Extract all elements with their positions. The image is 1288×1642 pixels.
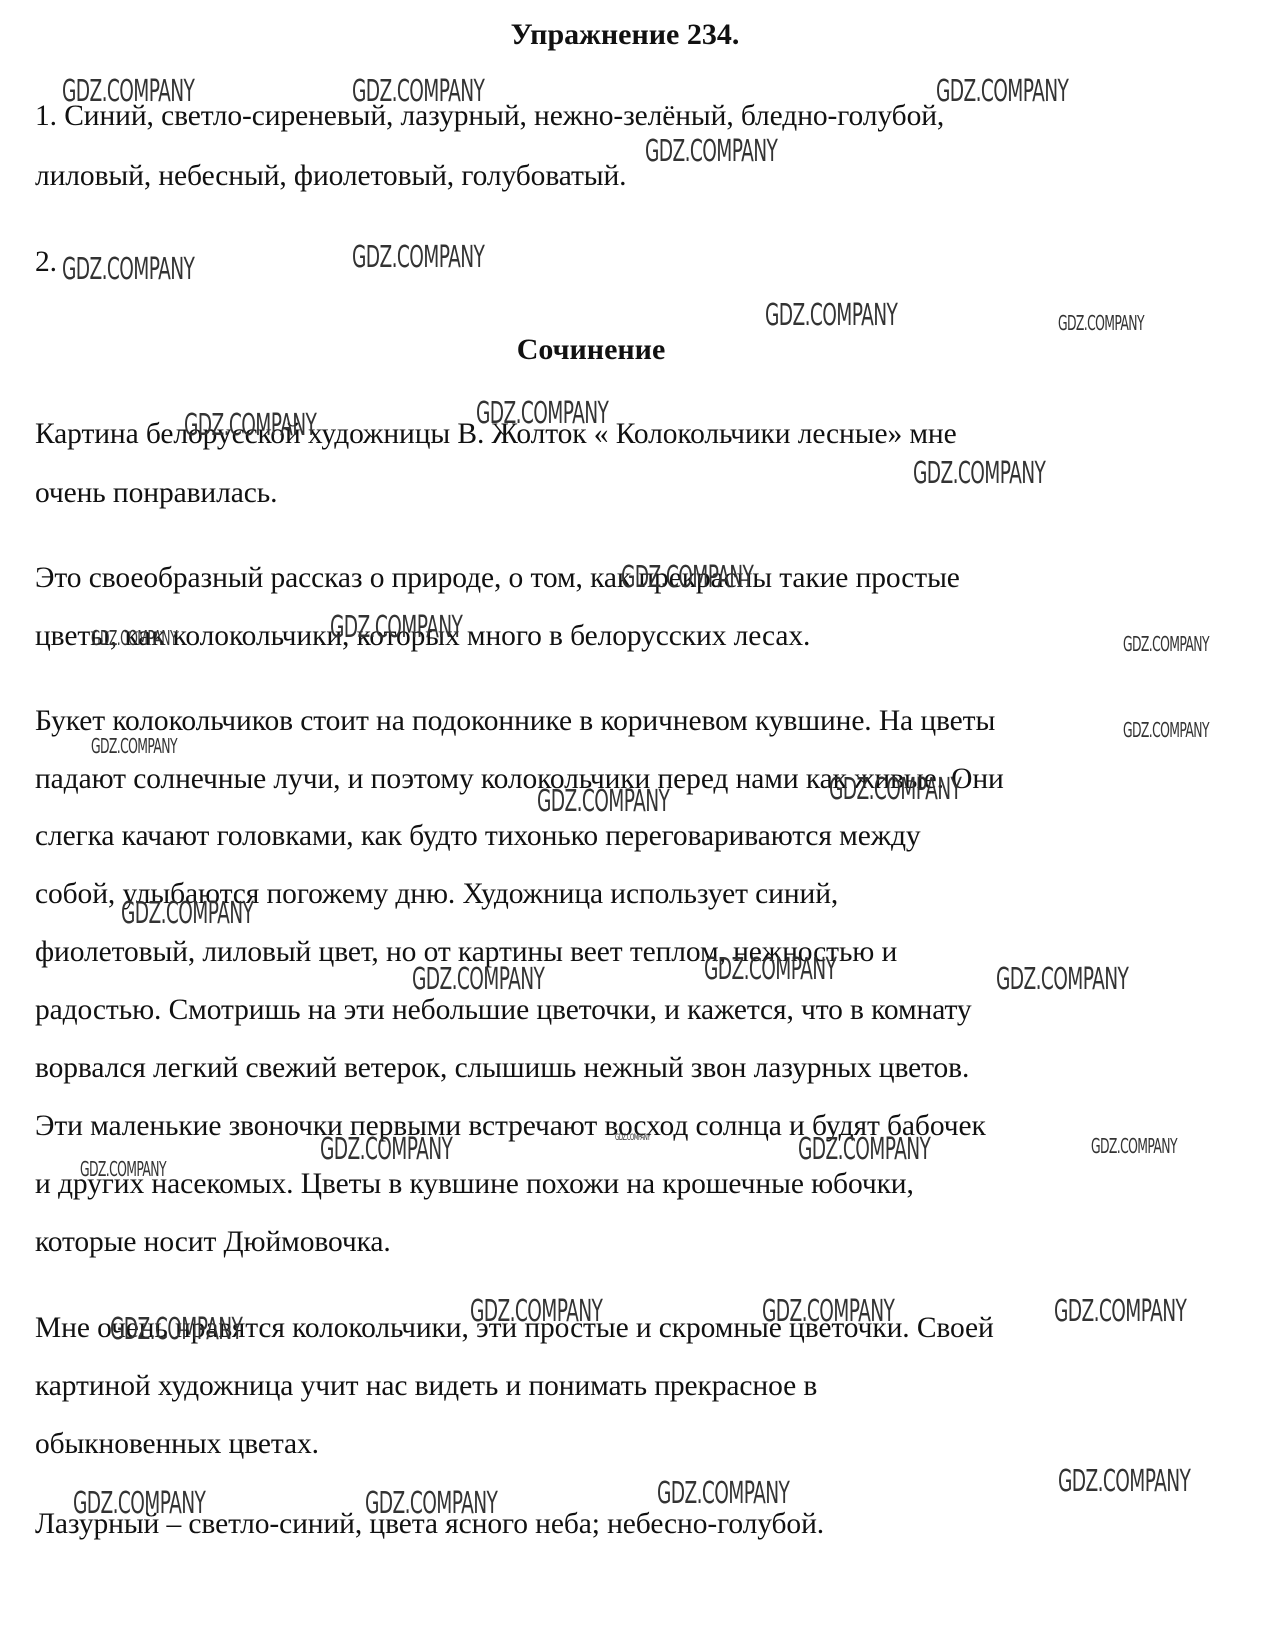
watermark: GDZ.COMPANY [704,952,836,987]
watermark: GDZ.COMPANY [537,784,669,819]
watermark: GDZ.COMPANY [1058,1464,1190,1499]
watermark: GDZ.COMPANY [765,298,897,333]
watermark: GDZ.COMPANY [110,1312,242,1347]
watermark: GDZ.COMPANY [365,1486,497,1521]
part2-label: 2. [35,246,57,279]
watermark: GDZ.COMPANY [73,1486,205,1521]
essay-line: и других насекомых. Цветы в кувшине похо… [35,1168,914,1201]
watermark: GDZ.COMPANY [330,610,462,645]
essay-line: Это своеобразный рассказ о природе, о то… [35,562,960,595]
watermark: GDZ.COMPANY [352,240,484,275]
watermark: GDZ.COMPANY [62,252,194,287]
essay-line: обыкновенных цветах. [35,1428,319,1461]
essay-line: очень понравилась. [35,477,277,510]
watermark: GDZ.COMPANY [829,772,961,807]
watermark: GDZ.COMPANY [91,734,177,758]
watermark: GDZ.COMPANY [762,1294,894,1329]
watermark: GDZ.COMPANY [657,1476,789,1511]
document-page: Упражнение 234. 1. Синий, светло-сиренев… [0,0,1288,1642]
watermark: GDZ.COMPANY [936,74,1068,109]
watermark: GDZ.COMPANY [412,962,544,997]
watermark: GDZ.COMPANY [798,1132,930,1167]
watermark: GDZ.COMPANY [996,962,1128,997]
watermark: GDZ.COMPANY [1123,632,1209,656]
watermark: GDZ.COMPANY [913,456,1045,491]
watermark: GDZ.COMPANY [470,1294,602,1329]
part1-line-2: лиловый, небесный, фиолетовый, голубоват… [35,160,626,193]
watermark: GDZ.COMPANY [1058,311,1144,335]
essay-title: Сочинение [0,333,1182,367]
watermark: GDZ.COMPANY [1091,1134,1177,1158]
watermark: GDZ.COMPANY [476,396,608,431]
watermark: GDZ.COMPANY [184,408,316,443]
essay-line: слегка качают головками, как будто тихон… [35,820,921,853]
essay-line: Букет колокольчиков стоит на подоконнике… [35,705,995,738]
essay-line: радостью. Смотришь на эти небольшие цвет… [35,994,972,1027]
essay-line: картиной художница учит нас видеть и пон… [35,1370,817,1403]
watermark: GDZ.COMPANY [615,1133,650,1143]
watermark: GDZ.COMPANY [1123,718,1209,742]
watermark: GDZ.COMPANY [352,74,484,109]
watermark: GDZ.COMPANY [320,1132,452,1167]
essay-line: которые носит Дюймовочка. [35,1226,391,1259]
exercise-title: Упражнение 234. [0,18,1250,52]
watermark: GDZ.COMPANY [1054,1294,1186,1329]
watermark: GDZ.COMPANY [621,560,753,595]
watermark: GDZ.COMPANY [80,1157,166,1181]
watermark: GDZ.COMPANY [121,896,253,931]
essay-line: ворвался легкий свежий ветерок, слышишь … [35,1052,969,1085]
watermark: GDZ.COMPANY [62,74,194,109]
watermark: GDZ.COMPANY [645,134,777,169]
watermark: GDZ.COMPANY [91,626,177,650]
